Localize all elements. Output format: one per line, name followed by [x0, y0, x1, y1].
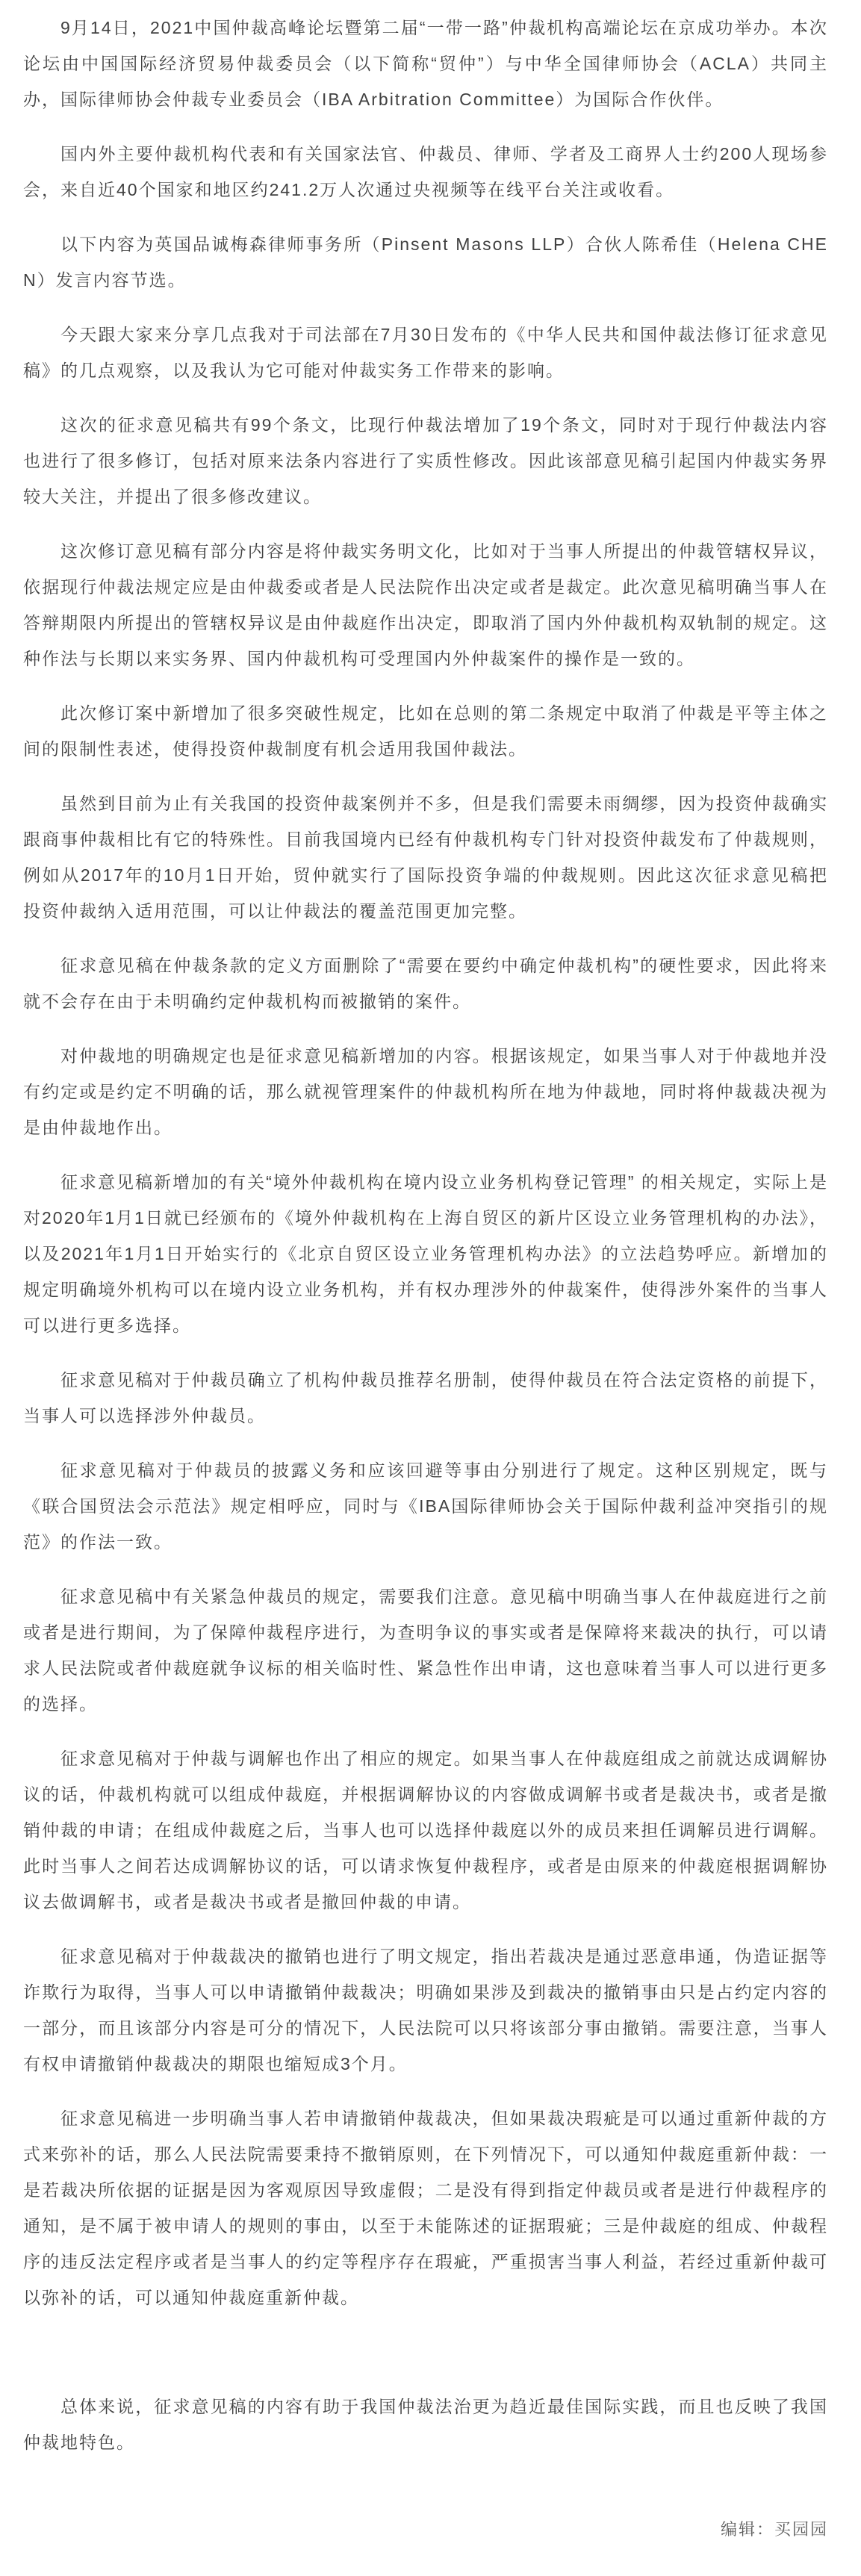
paragraph-sharing-observations: 今天跟大家来分享几点我对于司法部在7月30日发布的《中华人民共和国仲裁法修订征求…	[23, 317, 828, 388]
blank-space	[23, 2334, 828, 2389]
paragraph-draft-articles-count: 这次的征求意见稿共有99个条文，比现行仲裁法增加了19个条文，同时对于现行仲裁法…	[23, 407, 828, 514]
paragraph-jurisdiction-objection: 这次修订意见稿有部分内容是将仲裁实务明文化，比如对于当事人所提出的仲裁管辖权异议…	[23, 533, 828, 676]
paragraph-investment-arbitration: 虽然到目前为止有关我国的投资仲裁案例并不多，但是我们需要未雨绸缪，因为投资仲裁确…	[23, 785, 828, 929]
paragraph-attendance: 国内外主要仲裁机构代表和有关国家法官、仲裁员、律师、学者及工商界人士约200人现…	[23, 136, 828, 208]
paragraph-foreign-institutions: 征求意见稿新增加的有关“境外仲裁机构在境内设立业务机构登记管理” 的相关规定，实…	[23, 1164, 828, 1343]
paragraph-arbitration-mediation: 征求意见稿对于仲裁与调解也作出了相应的规定。如果当事人在仲裁庭组成之前就达成调解…	[23, 1740, 828, 1920]
paragraph-emergency-arbitrator: 征求意见稿中有关紧急仲裁员的规定，需要我们注意。意见稿中明确当事人在仲裁庭进行之…	[23, 1578, 828, 1722]
paragraph-arbitrator-roster: 征求意见稿对于仲裁员确立了机构仲裁员推荐名册制，使得仲裁员在符合法定资格的前提下…	[23, 1362, 828, 1434]
paragraph-speaker-intro: 以下内容为英国品诚梅森律师事务所（Pinsent Masons LLP）合伙人陈…	[23, 226, 828, 298]
paragraph-award-setaside: 征求意见稿对于仲裁裁决的撤销也进行了明文规定，指出若裁决是通过恶意串通，伪造证据…	[23, 1938, 828, 2082]
paragraph-conclusion: 总体来说，征求意见稿的内容有助于我国仲裁法治更为趋近最佳国际实践，而且也反映了我…	[23, 2389, 828, 2460]
paragraph-intro-forum: 9月14日，2021中国仲裁高峰论坛暨第二届“一带一路”仲裁机构高端论坛在京成功…	[23, 10, 828, 117]
article-body: 9月14日，2021中国仲裁高峰论坛暨第二届“一带一路”仲裁机构高端论坛在京成功…	[0, 0, 861, 2576]
editor-credit: 编辑：买园园	[23, 2512, 828, 2548]
paragraph-seat-of-arbitration: 对仲裁地的明确规定也是征求意见稿新增加的内容。根据该规定，如果当事人对于仲裁地并…	[23, 1038, 828, 1145]
paragraph-disclosure-obligations: 征求意见稿对于仲裁员的披露义务和应该回避等事由分别进行了规定。这种区别规定，既与…	[23, 1452, 828, 1560]
paragraph-arbitration-clause-definition: 征求意见稿在仲裁条款的定义方面删除了“需要在要约中确定仲裁机构”的硬性要求，因此…	[23, 948, 828, 1019]
paragraph-re-arbitration: 征求意见稿进一步明确当事人若申请撤销仲裁裁决，但如果裁决瑕疵是可以通过重新仲裁的…	[23, 2100, 828, 2315]
paragraph-breakthrough-provisions: 此次修订案中新增加了很多突破性规定，比如在总则的第二条规定中取消了仲裁是平等主体…	[23, 695, 828, 767]
